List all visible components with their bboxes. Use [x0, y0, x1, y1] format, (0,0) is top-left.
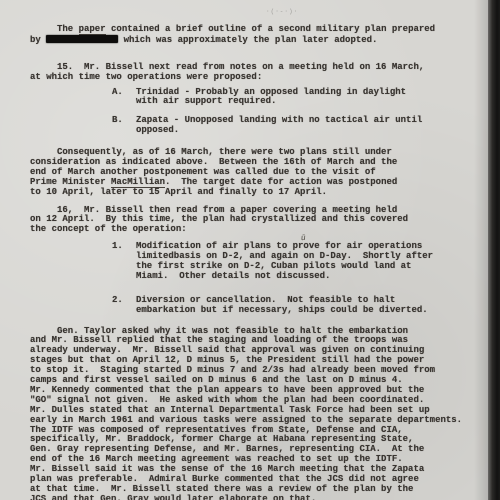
redaction-bar — [46, 35, 118, 43]
item-text: Trinidad - Probably an opposed landing i… — [136, 88, 406, 108]
text-line: JCS and that Gen. Gray would later elabo… — [30, 495, 470, 500]
faint-page-annotation: ·(·-·)· — [266, 8, 298, 15]
paragraph-consequently: Consequently, as of 16 March, there were… — [30, 148, 470, 197]
item-text: Zapata - Unopposed landing with no tacti… — [136, 116, 422, 136]
paragraph-16: 16, Mr. Bissell then read from a paper c… — [30, 206, 470, 236]
text-line: the concept of the operation: — [30, 225, 470, 235]
item-text: Diversion or cancellation. Not feasible … — [136, 296, 428, 316]
list-item-2: 2. Diversion or cancellation. Not feasib… — [112, 296, 470, 316]
text-line: with air support required. — [136, 97, 406, 107]
text-line: by which was approximately the plan late… — [30, 35, 470, 45]
text-line: embarkation but if necessary, ships coul… — [136, 306, 428, 316]
paragraph-intro: The paper contained a brief outline of a… — [30, 25, 470, 45]
underlined-word: paper — [79, 24, 106, 35]
document-body: The paper contained a brief outline of a… — [30, 25, 470, 500]
text-line: The paper contained a brief outline of a… — [30, 25, 470, 35]
text-line: Miami. Other details not discussed. — [136, 272, 433, 282]
paragraph-15: 15. Mr. Bissell next read from notes on … — [30, 63, 470, 83]
item-label: 2. — [112, 296, 136, 316]
intro-line1-pre: The — [57, 24, 79, 34]
item-label: 1. — [112, 242, 136, 282]
scan-edge-band — [488, 0, 500, 500]
list-item-1: 1. Modification of air plans to prove fo… — [112, 242, 470, 282]
intro-line1-post: contained a brief outline of a second mi… — [106, 24, 435, 34]
paragraph-taylor: Gen. Taylor asked why it was not feasibl… — [30, 327, 470, 500]
list-item-B: B. Zapata - Unopposed landing with no ta… — [112, 116, 470, 136]
item-text: Modification of air plans to prove for a… — [136, 242, 433, 282]
page-edge-shadow — [474, 0, 488, 500]
text-line: to 10 April, later to 15 April and final… — [30, 188, 470, 198]
line-pre: Prime Minister — [30, 177, 111, 187]
intro-line2-post: which was approximately the plan later a… — [118, 35, 377, 45]
scanned-document-page: ·(·-·)· ū The paper contained a brief ou… — [0, 0, 500, 500]
item-label: A. — [112, 88, 136, 108]
line-post: . The target date for action was postpon… — [165, 177, 397, 187]
list-item-A: A. Trinidad - Probably an opposed landin… — [112, 88, 470, 108]
item-label: B. — [112, 116, 136, 136]
intro-line2-pre: by — [30, 35, 46, 45]
text-line: at which time two operations were propos… — [30, 73, 470, 83]
text-line: opposed. — [136, 126, 422, 136]
